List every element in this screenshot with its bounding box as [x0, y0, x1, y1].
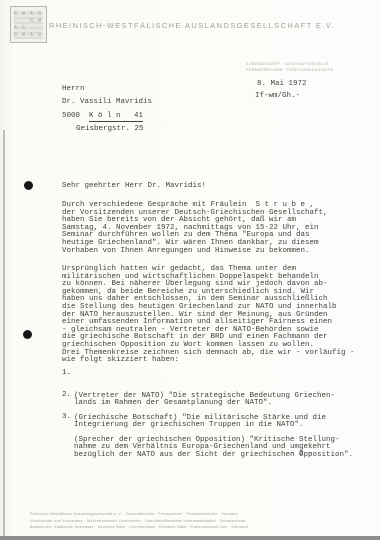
paragraph-1: Durch verschiedene Gespräche mit Fräulei… [62, 202, 328, 255]
salutation: Sehr geehrter Herr Dr. Mavridis! [62, 183, 206, 191]
footer-fineprint-line3: Bankkonten: Städtische Sparkasse · Deuts… [30, 524, 352, 531]
punch-hole-bottom [23, 330, 32, 339]
org-name: RHEINISCH-WESTFÄLISCHE AUSLANDSGESELLSCH… [49, 21, 349, 30]
recipient-postcode: 5000 [62, 112, 89, 120]
sender-fineprint: 4 DÜSSELDORF · GESCHÄFTSSTELLE FERNSPREC… [246, 61, 364, 72]
org-logo-pattern: R W A G · · R W A G · · R W A G · · R W … [14, 11, 43, 39]
recipient-city-line: 5000 K ö l n 41 [62, 113, 143, 121]
org-logo-stamp: R W A G · · R W A G · · R W A G · · R W … [10, 6, 47, 43]
recipient-salute: Herrn [62, 86, 85, 94]
footer-fineprint: Rheinisch-Westfälische Auslandsgesellsch… [30, 511, 352, 531]
list-item-1-number: 1. [62, 370, 71, 378]
scan-edge-left [3, 130, 5, 536]
list-item-2-number: 2. [62, 392, 71, 400]
page-continuation-marker: - 2 - [290, 451, 313, 459]
recipient-name: Dr. Vassili Mavridis [62, 99, 152, 107]
letter-page: R W A G · · R W A G · · R W A G · · R W … [0, 0, 380, 536]
recipient-street: Geisbergstr. 25 [76, 126, 144, 134]
letter-reference: If-wm/Gh.- [255, 93, 300, 101]
punch-hole-top [24, 181, 33, 190]
recipient-city: K ö l n 41 [89, 112, 143, 122]
letter-date: 8. Mai 1972 [257, 81, 307, 89]
list-item-3: 3. (Sprecher der griechischen Opposition… [62, 414, 353, 475]
list-item-3-number: 3. [62, 414, 71, 422]
paragraph-2: Ursprünglich hatten wir gedacht, das The… [62, 266, 355, 365]
scan-edge-bottom [0, 536, 380, 540]
scanned-letter: R W A G · · R W A G · · R W A G · · R W … [0, 0, 380, 540]
sender-fineprint-line2: FERNSPRECHER · POSTSCHECKKONTO [246, 67, 364, 73]
